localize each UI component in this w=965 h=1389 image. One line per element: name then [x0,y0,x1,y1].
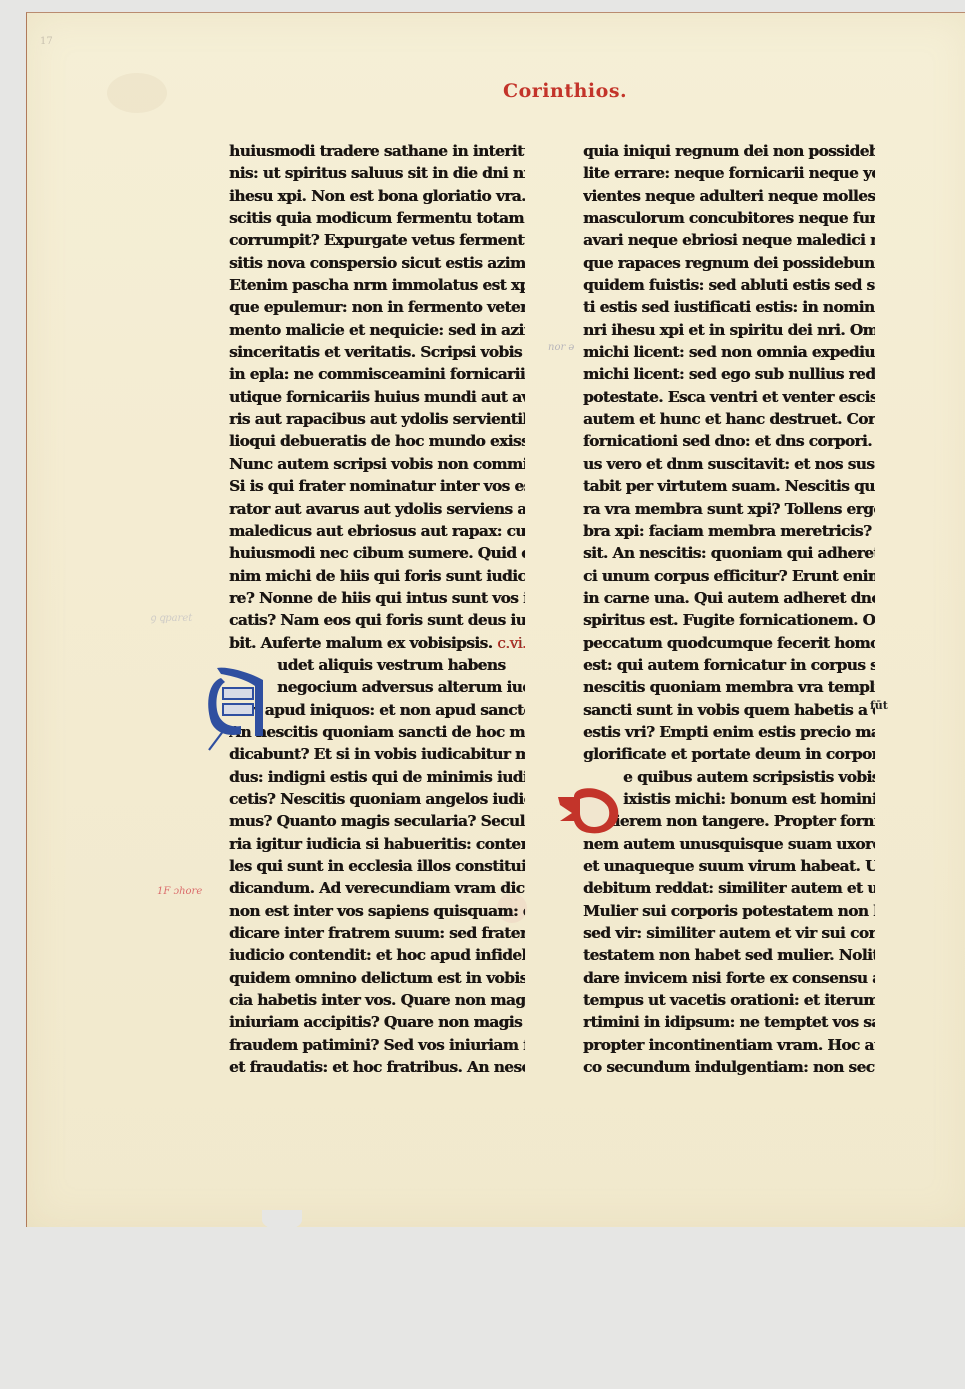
chapter-marker: c.vi. [497,634,525,652]
text-line: in carne una. Qui autem adheret dno: unu… [583,587,875,609]
text-line: debitum reddat: similiter autem et uxor … [583,877,875,899]
margin-note-faint: nor ə [548,342,574,353]
text-line: ra vra membra sunt xpi? Tollens ergo mem… [583,498,875,520]
text-line: Etenim pascha nrm immolatus est xpus. It… [229,274,525,296]
text-line: ci unum corpus efficitur? Erunt enim inq… [583,565,875,587]
text-line: sed vir: similiter autem et vir sui corp… [583,922,875,944]
text-line: cari apud iniquos: et non apud sanctos? [229,699,525,721]
text-line: dare invicem nisi forte ex consensu ad [583,967,875,989]
text-line: fraudem patimini? Sed vos iniuriam facit… [229,1034,525,1056]
text-line: utique fornicariis huius mundi aut ava- [229,386,525,408]
text-line: lioqui debueratis de hoc mundo exisse. [229,430,525,452]
text-line: glorificate et portate deum in corpore [583,743,875,765]
text-line: co secundum indulgentiam: non secundum i… [583,1056,875,1078]
text-line: corrumpit? Expurgate vetus fermentu: ut [229,229,525,251]
text-line: nem autem unusquisque suam uxorem habeat… [583,833,875,855]
text-line: sinceritatis et veritatis. Scripsi vobis [229,341,525,363]
text-line: potestate. Esca ventri et venter escis: … [583,386,875,408]
torn-edge-notch [262,1210,302,1230]
text-line: quia iniqui regnum dei non possidebunt? … [583,140,875,162]
text-line: in epla: ne commisceamini fornicariis. N… [229,363,525,385]
text-line: dicandum. Ad verecundiam vram dico. Sic [229,877,525,899]
initial-a-glyph-icon [203,666,265,752]
text-line: ria igitur iudicia si habueritis: contem… [229,833,525,855]
text-line: et unaqueque suum virum habeat. Uxori vi… [583,855,875,877]
text-line: cia habetis inter vos. Quare non magis [229,989,525,1011]
text-line: ihesu xpi. Non est bona gloriatio vra. N… [229,185,525,207]
text-line: vientes neque adulteri neque molles: neq… [583,185,875,207]
text-line: ti estis sed iustificati estis: in nomin… [583,296,875,318]
text-fragment: e quibus autem scripsistis vobis. [623,768,875,786]
text-line: est: qui autem fornicatur in corpus suum… [583,654,875,676]
text-line: et fraudatis: et hoc fratribus. An nesci… [229,1056,525,1078]
text-line: An nescitis quoniam sancti de hoc mundo … [229,721,525,743]
text-line: michi licent: sed non omnia expediunt. O… [583,341,875,363]
text-line: peccatum quodcumque fecerit homo extra c… [583,632,875,654]
text-line-with-chapter: bit. Auferte malum ex vobisipsis. c.vi. [229,632,525,654]
text-line: iniuriam accipitis? Quare non magis [229,1011,525,1033]
text-line: lite errare: neque fornicarii neque ydol… [583,162,875,184]
left-column: huiusmodi tradere sathane in interitu ca… [229,140,525,1078]
text-line: tempus ut vacetis orationi: et iterum re… [583,989,875,1011]
margin-note-correction: fūt [870,699,888,712]
text-line: rator aut avarus aut ydolis serviens aut [229,498,525,520]
text-line: que epulemur: non in fermento veteri neq… [229,296,525,318]
margin-note-faint: ꝯ ꝗparet [150,610,192,624]
text-line: que rapaces regnum dei possidebunt. Et h… [583,252,875,274]
rubricated-initial-d [556,785,620,835]
text-line: quidem fuistis: sed abluti estis sed san… [583,274,875,296]
text-line: mus? Quanto magis secularia? Secula- [229,810,525,832]
text-line: spiritus est. Fugite fornicationem. Omne… [583,609,875,631]
text-line: bra xpi: faciam membra meretricis? Ab- [583,520,875,542]
text-line: dicabunt? Et si in vobis iudicabitur mun… [229,743,525,765]
illuminated-initial-a [203,666,265,752]
text-line: les qui sunt in ecclesia illos constitui… [229,855,525,877]
text-line: propter incontinentiam vram. Hoc autem d… [583,1034,875,1056]
text-line: quidem omnino delictum est in vobis: quo… [229,967,525,989]
text-line: tabit per virtutem suam. Nescitis quonia… [583,475,875,497]
text-line: nim michi de hiis qui foris sunt iudica- [229,565,525,587]
text-line: us vero et dnm suscitavit: et nos susci- [583,453,875,475]
stain [107,73,167,113]
text-line: ixistis michi: bonum est homini [583,788,875,810]
text-line: avari neque ebriosi neque maledici ne- [583,229,875,251]
text-line: cetis? Nescitis quoniam angelos iudicabi… [229,788,525,810]
text-line: ris aut rapacibus aut ydolis servientibu… [229,408,525,430]
text-line: Nunc autem scripsi vobis non commisceri. [229,453,525,475]
text-line: michi licent: sed ego sub nullius rediga… [583,363,875,385]
text-line: non est inter vos sapiens quisquam: qui … [229,900,525,922]
text-line: fornicationi sed dno: et dns corpori. De… [583,430,875,452]
text-line-with-chapter: e quibus autem scripsistis vobis. c.vii. [583,766,875,788]
text-line: estis vri? Empti enim estis precio magno… [583,721,875,743]
text-line: dus: indigni estis qui de minimis iudi- [229,766,525,788]
text-line: mulierem non tangere. Propter fornicatio… [583,810,875,832]
text-line: masculorum concubitores neque fures nequ… [583,207,875,229]
text-line: iudicio contendit: et hoc apud infideles… [229,944,525,966]
text-line: udet aliquis vestrum habens [229,654,525,676]
running-head: Corinthios. [503,80,627,102]
text-line: negocium adversus alterum iudi- [229,676,525,698]
text-line: huiusmodi tradere sathane in interitu ca… [229,140,525,162]
initial-d-glyph-icon [556,785,620,835]
margin-note-red: 1F ɔhore [157,886,202,897]
text-line: nescitis quoniam membra vra templum spir… [583,676,875,698]
text-line: rtimini in idipsum: ne temptet vos satha… [583,1011,875,1033]
text-fragment: bit. Auferte malum ex vobisipsis. [229,634,492,652]
text-line: scitis quia modicum fermentu totam massa… [229,207,525,229]
text-line: sitis nova conspersio sicut estis azimi. [229,252,525,274]
text-line: re? Nonne de hiis qui intus sunt vos iud… [229,587,525,609]
right-column: quia iniqui regnum dei non possidebunt? … [583,140,875,1078]
text-line: sancti sunt in vobis quem habetis a deo:… [583,699,875,721]
text-line: Si is qui frater nominatur inter vos est… [229,475,525,497]
text-line: nis: ut spiritus saluus sit in die dni n… [229,162,525,184]
text-line: dicare inter fratrem suum: sed frater cu… [229,922,525,944]
text-line: mento malicie et nequicie: sed in azimis [229,319,525,341]
text-line: huiusmodi nec cibum sumere. Quid e- [229,542,525,564]
text-line: catis? Nam eos qui foris sunt deus iudic… [229,609,525,631]
text-line: Mulier sui corporis potestatem non habet [583,900,875,922]
text-line: autem et hunc et hanc destruet. Corpus a… [583,408,875,430]
text-line: testatem non habet sed mulier. Nolite fr… [583,944,875,966]
text-line: nri ihesu xpi et in spiritu dei nri. Omn… [583,319,875,341]
text-line: maledicus aut ebriosus aut rapax: cum [229,520,525,542]
folio-mark: 17 [40,36,53,47]
text-line: sit. An nescitis: quoniam qui adheret me… [583,542,875,564]
